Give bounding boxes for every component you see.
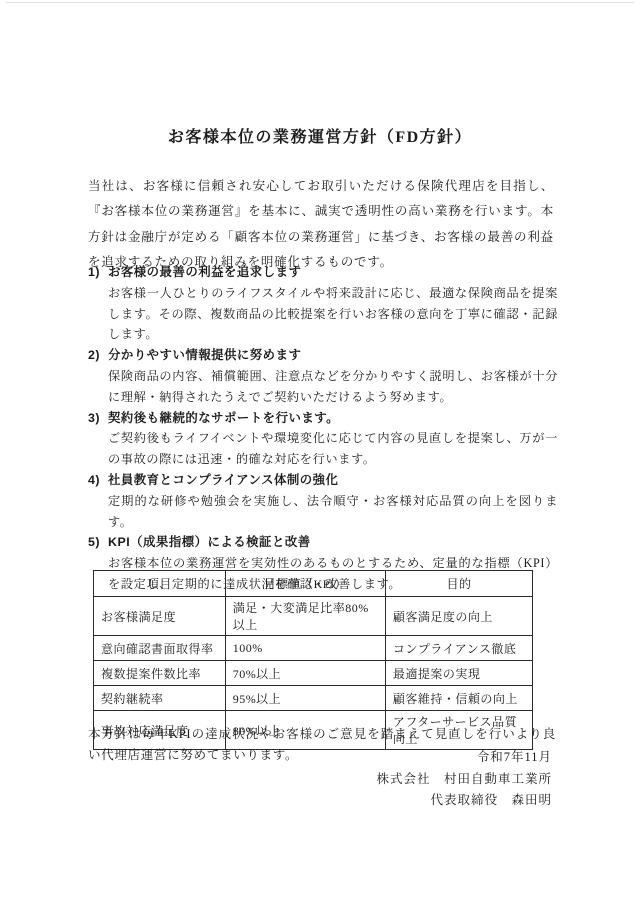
kpi-cell-item: 契約継続率	[94, 686, 226, 711]
document-date: 令和7年11月	[376, 747, 552, 769]
scan-edge-artifact	[6, 2, 634, 3]
policy-heading-text: 契約後も継続的なサポートを行います。	[108, 408, 339, 429]
table-row: 意向確認書面取得率 100% コンプライアンス徹底	[94, 636, 533, 661]
policy-heading-2: 2) 分かりやすい情報提供に努めます	[88, 345, 558, 366]
kpi-cell-target: 95%以上	[225, 686, 385, 711]
policy-number: 2)	[88, 345, 108, 366]
kpi-cell-purpose: 顧客満足度の向上	[385, 597, 532, 636]
table-row: お客様満足度 満足・大変満足比率80%以上 顧客満足度の向上	[94, 597, 533, 636]
intro-paragraph: 当社は、お客様に信頼され安心してお取引いただける保険代理店を目指し、『お客様本位…	[88, 174, 554, 276]
policy-heading-5: 5) KPI（成果指標）による検証と改善	[88, 532, 558, 553]
table-row: 複数提案件数比率 70%以上 最適提案の実現	[94, 661, 533, 686]
kpi-cell-target: 70%以上	[225, 661, 385, 686]
signature-block: 令和7年11月 株式会社 村田自動車工業所 代表取締役 森田明	[376, 747, 552, 812]
table-row: 契約継続率 95%以上 顧客維持・信頼の向上	[94, 686, 533, 711]
policy-heading-4: 4) 社員教育とコンプライアンス体制の強化	[88, 470, 558, 491]
kpi-cell-purpose: 顧客維持・信頼の向上	[385, 686, 532, 711]
policy-heading-1: 1) お客様の最善の利益を追求します	[88, 262, 558, 283]
policy-heading-text: KPI（成果指標）による検証と改善	[108, 532, 311, 553]
kpi-cell-purpose: 最適提案の実現	[385, 661, 532, 686]
policy-body-4: 定期的な研修や勉強会を実施し、法令順守・お客様対応品質の向上を図ります。	[108, 491, 558, 533]
kpi-cell-purpose: コンプライアンス徹底	[385, 636, 532, 661]
policy-body-2: 保険商品の内容、補償範囲、注意点などを分かりやすく説明し、お客様が十分に理解・納…	[108, 366, 558, 408]
kpi-cell-target: 100%	[225, 636, 385, 661]
policy-number: 4)	[88, 470, 108, 491]
kpi-cell-item: 意向確認書面取得率	[94, 636, 226, 661]
policy-body-1: お客様一人ひとりのライフスタイルや将来設計に応じ、最適な保険商品を提案します。そ…	[108, 283, 558, 345]
kpi-header-target: 目標値（KPI）	[225, 571, 385, 597]
policy-number: 1)	[88, 262, 108, 283]
policy-number: 5)	[88, 532, 108, 553]
kpi-cell-item: 複数提案件数比率	[94, 661, 226, 686]
policy-body-3: ご契約後もライフイベントや環境変化に応じて内容の見直しを提案し、万が一の事故の際…	[108, 428, 558, 470]
kpi-header-item: 項目	[94, 571, 226, 597]
policy-number: 3)	[88, 408, 108, 429]
kpi-table-header-row: 項目 目標値（KPI） 目的	[94, 571, 533, 597]
policy-item-3: 3) 契約後も継続的なサポートを行います。 ご契約後もライフイベントや環境変化に…	[88, 408, 558, 470]
representative-name: 代表取締役 森田明	[376, 790, 552, 812]
document-page: お客様本位の業務運営方針（FD方針） 当社は、お客様に信頼され安心してお取引いた…	[0, 0, 640, 906]
kpi-cell-item: お客様満足度	[94, 597, 226, 636]
policy-heading-text: 社員教育とコンプライアンス体制の強化	[108, 470, 338, 491]
policy-item-2: 2) 分かりやすい情報提供に努めます 保険商品の内容、補償範囲、注意点などを分か…	[88, 345, 558, 407]
policy-heading-3: 3) 契約後も継続的なサポートを行います。	[88, 408, 558, 429]
page-title: お客様本位の業務運営方針（FD方針）	[0, 124, 640, 147]
company-name: 株式会社 村田自動車工業所	[376, 769, 552, 791]
policy-list: 1) お客様の最善の利益を追求します お客様一人ひとりのライフスタイルや将来設計…	[88, 262, 558, 595]
kpi-header-purpose: 目的	[385, 571, 532, 597]
policy-heading-text: 分かりやすい情報提供に努めます	[108, 345, 301, 366]
kpi-cell-target: 満足・大変満足比率80%以上	[225, 597, 385, 636]
policy-heading-text: お客様の最善の利益を追求します	[108, 262, 301, 283]
policy-item-1: 1) お客様の最善の利益を追求します お客様一人ひとりのライフスタイルや将来設計…	[88, 262, 558, 345]
policy-item-4: 4) 社員教育とコンプライアンス体制の強化 定期的な研修や勉強会を実施し、法令順…	[88, 470, 558, 532]
